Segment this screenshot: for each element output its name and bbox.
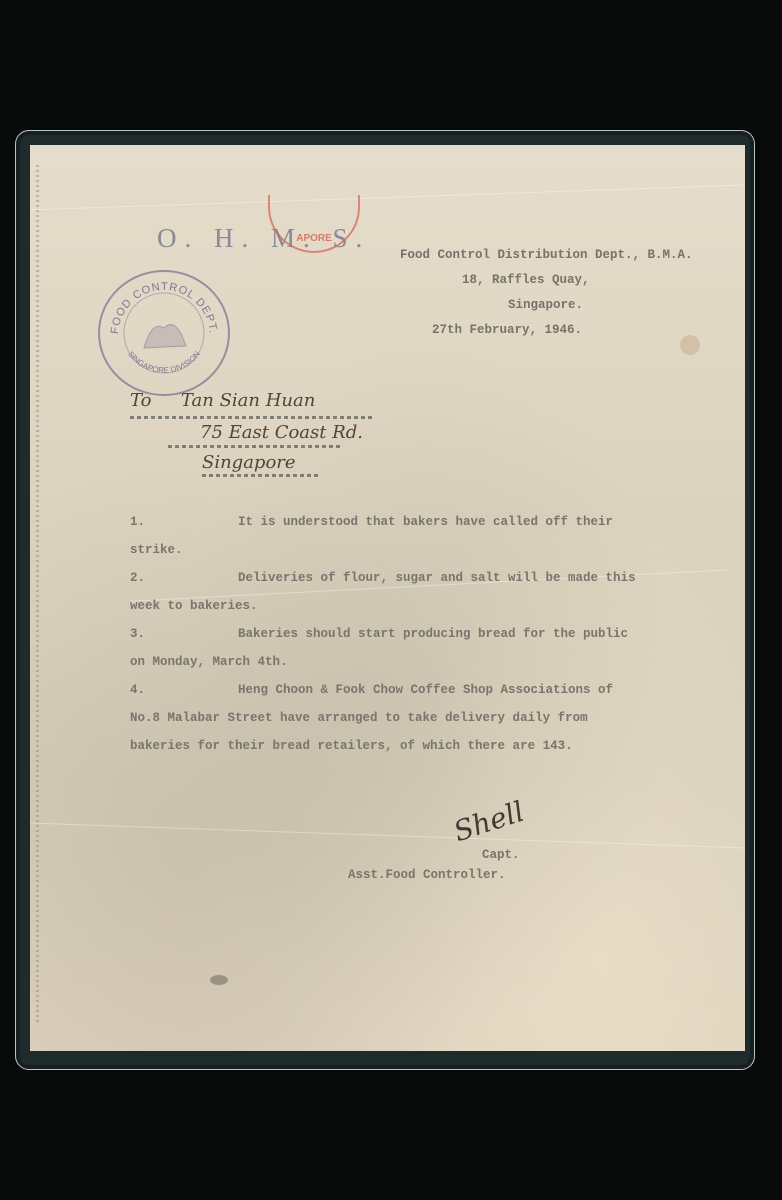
dotted-line [168, 445, 340, 448]
letter-page: O. H. M. S. APORE FOOD CONTROL DEPT. SIN… [30, 145, 745, 1051]
paragraph-text: on Monday, March 4th. [130, 655, 288, 669]
svg-text:FOOD CONTROL DEPT.: FOOD CONTROL DEPT. [109, 281, 219, 335]
paragraph-text: It is understood that bakers have called… [238, 515, 613, 529]
dotted-line [202, 474, 320, 477]
paragraph-text: bakeries for their bread retailers, of w… [130, 739, 573, 753]
recipient-address: 75 East Coast Rd. [200, 422, 363, 443]
sender-city: Singapore. [400, 293, 745, 318]
paragraph-text: Bakeries should start producing bread fo… [238, 627, 628, 641]
paragraph-text: strike. [130, 543, 183, 557]
paragraph-text: Deliveries of flour, sugar and salt will… [238, 571, 636, 585]
dotted-line [130, 416, 375, 419]
paragraph-number: 1. [130, 515, 145, 529]
paragraph-number: 3. [130, 627, 145, 641]
sender-department: Food Control Distribution Dept., B.M.A. [400, 243, 745, 268]
stamp-ring-icon: FOOD CONTROL DEPT. SINGAPORE DIVISION [100, 272, 228, 394]
paragraph-text: No.8 Malabar Street have arranged to tak… [130, 711, 588, 725]
paragraph-text: week to bakeries. [130, 599, 258, 613]
paper-stain [210, 975, 228, 985]
sender-address: 18, Raffles Quay, [400, 268, 745, 293]
signatory-title: Asst.Food Controller. [348, 865, 520, 885]
letter-date: 27th February, 1946. [400, 318, 745, 343]
sender-block: Food Control Distribution Dept., B.M.A. … [400, 243, 745, 343]
paper-crease [30, 185, 745, 211]
signatory-rank: Capt. [348, 845, 520, 865]
paragraph-number: 2. [130, 571, 145, 585]
recipient-city: Singapore [202, 452, 296, 473]
paragraph-number: 4. [130, 683, 145, 697]
food-control-dept-stamp: FOOD CONTROL DEPT. SINGAPORE DIVISION [98, 270, 230, 396]
stamp-top-text: FOOD CONTROL DEPT. [109, 281, 219, 335]
postmark-text: APORE [296, 233, 332, 244]
recipient-prefix: To [130, 390, 151, 411]
paragraph-text: Heng Choon & Fook Chow Coffee Shop Assoc… [238, 683, 613, 697]
stamp-bottom-text: SINGAPORE DIVISION [126, 349, 202, 375]
signature-block: Capt. Asst.Food Controller. [348, 845, 520, 885]
recipient-name: Tan Sian Huan [181, 390, 315, 411]
perforated-edge [36, 165, 39, 1025]
svg-text:SINGAPORE DIVISION: SINGAPORE DIVISION [126, 349, 202, 375]
